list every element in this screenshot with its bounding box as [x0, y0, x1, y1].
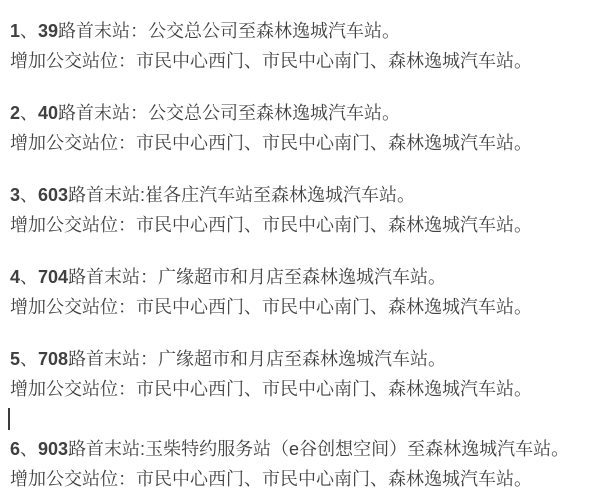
route-line-text: 路首末站：广缘超市和月店至森林逸城汽车站。	[68, 267, 446, 287]
route-line-text: 路首末站：广缘超市和月店至森林逸城汽车站。	[68, 349, 446, 369]
item-index: 2	[10, 103, 20, 123]
bus-route-item-2: 2、40路首末站：公交总公司至森林逸城汽车站。 增加公交站位：市民中心西门、市民…	[10, 98, 588, 158]
item-index: 1	[10, 21, 20, 41]
route-line-text: 路首末站:崔各庄汽车站至森林逸城汽车站。	[68, 185, 415, 205]
route-line: 3、603路首末站:崔各庄汽车站至森林逸城汽车站。	[10, 185, 415, 205]
stops-line-text: 增加公交站位：市民中心西门、市民中心南门、森林逸城汽车站。	[10, 379, 532, 399]
route-line: 1、39路首末站：公交总公司至森林逸城汽车站。	[10, 21, 400, 41]
enum-separator: 、	[20, 21, 38, 41]
route-line-text: 路首末站：公交总公司至森林逸城汽车站。	[58, 103, 400, 123]
route-line: 6、903路首末站:玉柴特约服务站（e谷创想空间）至森林逸城汽车站。	[10, 439, 569, 459]
route-number: 708	[38, 349, 68, 369]
route-number: 603	[38, 185, 68, 205]
item-index: 3	[10, 185, 20, 205]
enum-separator: 、	[20, 439, 38, 459]
route-line: 2、40路首末站：公交总公司至森林逸城汽车站。	[10, 103, 400, 123]
bus-route-item-1: 1、39路首末站：公交总公司至森林逸城汽车站。 增加公交站位：市民中心西门、市民…	[10, 16, 588, 76]
route-number: 903	[38, 439, 68, 459]
enum-separator: 、	[20, 349, 38, 369]
item-index: 5	[10, 349, 20, 369]
stops-line-text: 增加公交站位：市民中心西门、市民中心南门、森林逸城汽车站。	[10, 51, 532, 71]
route-line: 4、704路首末站：广缘超市和月店至森林逸城汽车站。	[10, 267, 446, 287]
route-line: 5、708路首末站：广缘超市和月店至森林逸城汽车站。	[10, 349, 446, 369]
route-number: 704	[38, 267, 68, 287]
enum-separator: 、	[20, 103, 38, 123]
bus-route-item-3: 3、603路首末站:崔各庄汽车站至森林逸城汽车站。 增加公交站位：市民中心西门、…	[10, 180, 588, 240]
bus-route-item-5: 5、708路首末站：广缘超市和月店至森林逸城汽车站。 增加公交站位：市民中心西门…	[10, 344, 588, 404]
route-line-text: 路首末站:玉柴特约服务站（e谷创想空间）至森林逸城汽车站。	[68, 439, 569, 459]
enum-separator: 、	[20, 267, 38, 287]
bus-route-item-4: 4、704路首末站：广缘超市和月店至森林逸城汽车站。 增加公交站位：市民中心西门…	[10, 262, 588, 322]
stops-line-text: 增加公交站位：市民中心西门、市民中心南门、森林逸城汽车站。	[10, 215, 532, 235]
bus-route-item-6: 6、903路首末站:玉柴特约服务站（e谷创想空间）至森林逸城汽车站。 增加公交站…	[10, 434, 588, 492]
text-cursor-caret	[8, 408, 10, 430]
stops-line-text: 增加公交站位：市民中心西门、市民中心南门、森林逸城汽车站。	[10, 133, 532, 153]
item-index: 6	[10, 439, 20, 459]
route-number: 39	[38, 21, 58, 41]
route-number: 40	[38, 103, 58, 123]
stops-line-text: 增加公交站位：市民中心西门、市民中心南门、森林逸城汽车站。	[10, 469, 532, 489]
enum-separator: 、	[20, 185, 38, 205]
route-line-text: 路首末站：公交总公司至森林逸城汽车站。	[58, 21, 400, 41]
item-index: 4	[10, 267, 20, 287]
empty-line[interactable]	[10, 404, 588, 434]
stops-line-text: 增加公交站位：市民中心西门、市民中心南门、森林逸城汽车站。	[10, 297, 532, 317]
editable-text-area[interactable]: 1、39路首末站：公交总公司至森林逸城汽车站。 增加公交站位：市民中心西门、市民…	[0, 0, 594, 492]
